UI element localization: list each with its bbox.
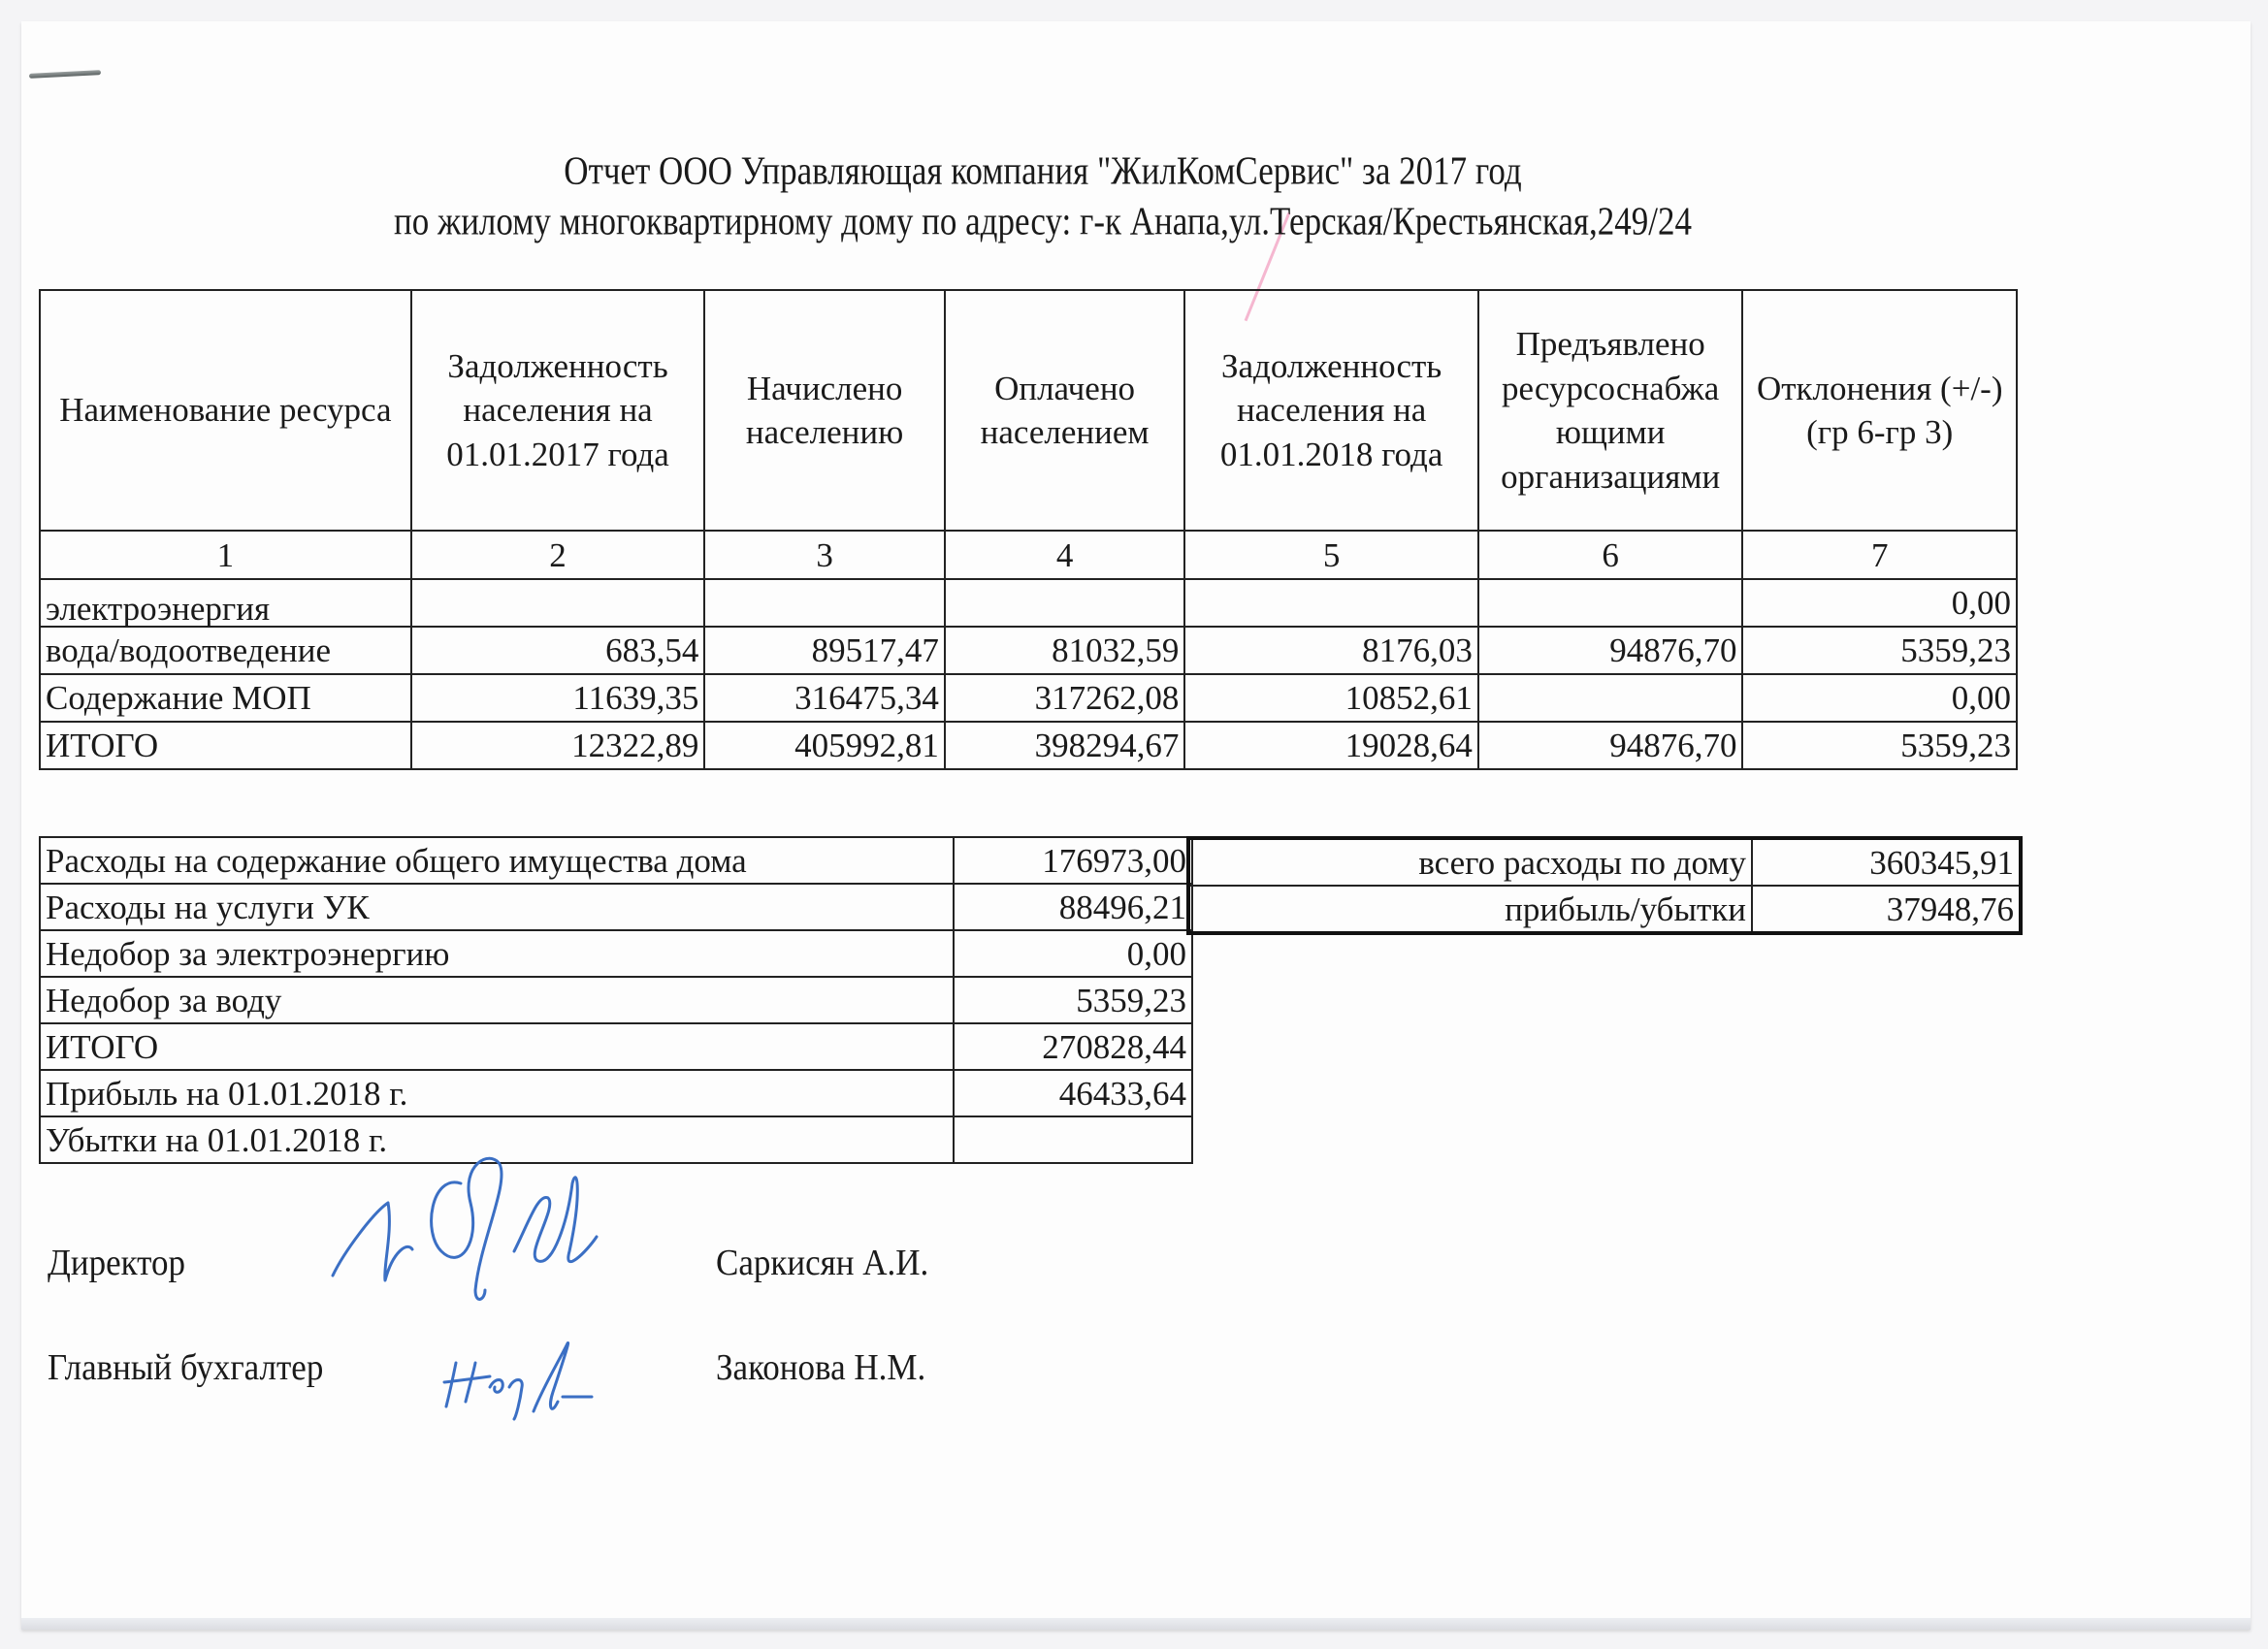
totals-value: 37948,76 [1752,886,2021,933]
summary-value: 176973,00 [954,837,1192,884]
cell-value: 0,00 [1742,579,2017,627]
header-row: Наименование ресурса Задолженность насел… [40,290,2017,531]
cell-value [411,579,705,627]
cell-value: 89517,47 [704,627,944,674]
summary-value: 5359,23 [954,977,1192,1023]
cell-value [1478,579,1743,627]
house-totals-box: всего расходы по дому 360345,91 прибыль/… [1186,836,2023,935]
summary-label: Недобор за электроэнергию [40,930,954,977]
cell-value: 405992,81 [704,722,944,769]
header-billed-by-suppliers: Предъявлено ресурсоснабжа ющими организа… [1478,290,1743,531]
column-number: 5 [1184,531,1478,579]
cell-value [1478,674,1743,722]
director-title: Директор [48,1242,185,1284]
summary-value: 270828,44 [954,1023,1192,1070]
cell-value: 94876,70 [1478,722,1743,769]
totals-label: всего расходы по дому [1188,838,1752,886]
summary-value: 0,00 [954,930,1192,977]
accountant-signature-icon [437,1334,601,1421]
cell-value: 12322,89 [411,722,705,769]
column-number: 4 [945,531,1184,579]
report-subtitle-address: по жилому многоквартирному дому по адрес… [10,199,2076,244]
cell-resource: вода/водоотведение [40,627,411,674]
table-row-common-property: Содержание МОП 11639,35 316475,34 317262… [40,674,2017,722]
summary-label: Недобор за воду [40,977,954,1023]
table-row-electricity: электроэнергия 0,00 [40,579,2017,627]
column-number-row: 1 2 3 4 5 6 7 [40,531,2017,579]
scanned-page [21,21,2251,1630]
cell-value: 0,00 [1742,674,2017,722]
cell-value: 81032,59 [945,627,1184,674]
cell-value: 316475,34 [704,674,944,722]
expenses-summary-table: Расходы на содержание общего имущества д… [39,836,1193,1164]
summary-row: ИТОГО 270828,44 [40,1023,1192,1070]
director-name: Саркисян А.И. [716,1242,928,1284]
column-number: 7 [1742,531,2017,579]
totals-row: всего расходы по дому 360345,91 [1188,838,2021,886]
resource-table: Наименование ресурса Задолженность насел… [39,289,2018,770]
summary-value: 46433,64 [954,1070,1192,1116]
column-number: 2 [411,531,705,579]
summary-row: Расходы на содержание общего имущества д… [40,837,1192,884]
totals-row: прибыль/убытки 37948,76 [1188,886,2021,933]
totals-value: 360345,91 [1752,838,2021,886]
cell-value [945,579,1184,627]
table-row-total: ИТОГО 12322,89 405992,81 398294,67 19028… [40,722,2017,769]
summary-row: Расходы на услуги УК 88496,21 [40,884,1192,930]
header-deviation: Отклонения (+/-)(гр 6-гр 3) [1742,290,2017,531]
cell-value [1184,579,1478,627]
summary-value [954,1116,1192,1163]
cell-resource: электроэнергия [40,579,411,627]
header-debt-2017: Задолженность населения на 01.01.2017 го… [411,290,705,531]
column-number: 1 [40,531,411,579]
cell-value [704,579,944,627]
totals-label: прибыль/убытки [1188,886,1752,933]
cell-value: 398294,67 [945,722,1184,769]
header-resource-name: Наименование ресурса [40,290,411,531]
cell-value: 10852,61 [1184,674,1478,722]
page-edge [21,1618,2251,1630]
header-charged: Начислено населению [704,290,944,531]
cell-value: 5359,23 [1742,722,2017,769]
column-number: 6 [1478,531,1743,579]
column-number: 3 [704,531,944,579]
director-signature-icon [315,1145,626,1309]
summary-label: Прибыль на 01.01.2018 г. [40,1070,954,1116]
header-debt-2018: Задолженность населения на 01.01.2018 го… [1184,290,1478,531]
cell-resource: Содержание МОП [40,674,411,722]
report-title: Отчет ООО Управляющая компания "ЖилКомСе… [10,148,2076,194]
table-row-water: вода/водоотведение 683,54 89517,47 81032… [40,627,2017,674]
accountant-title: Главный бухгалтер [48,1346,323,1389]
cell-value: 19028,64 [1184,722,1478,769]
summary-label: Расходы на содержание общего имущества д… [40,837,954,884]
summary-value: 88496,21 [954,884,1192,930]
cell-value: 11639,35 [411,674,705,722]
cell-value: 8176,03 [1184,627,1478,674]
cell-value: 683,54 [411,627,705,674]
header-paid: Оплачено населением [945,290,1184,531]
cell-resource: ИТОГО [40,722,411,769]
summary-label: ИТОГО [40,1023,954,1070]
summary-row: Прибыль на 01.01.2018 г. 46433,64 [40,1070,1192,1116]
cell-value: 317262,08 [945,674,1184,722]
cell-value: 5359,23 [1742,627,2017,674]
summary-label: Расходы на услуги УК [40,884,954,930]
accountant-name: Законова Н.М. [716,1346,925,1389]
cell-value: 94876,70 [1478,627,1743,674]
summary-row: Недобор за электроэнергию 0,00 [40,930,1192,977]
summary-row: Недобор за воду 5359,23 [40,977,1192,1023]
